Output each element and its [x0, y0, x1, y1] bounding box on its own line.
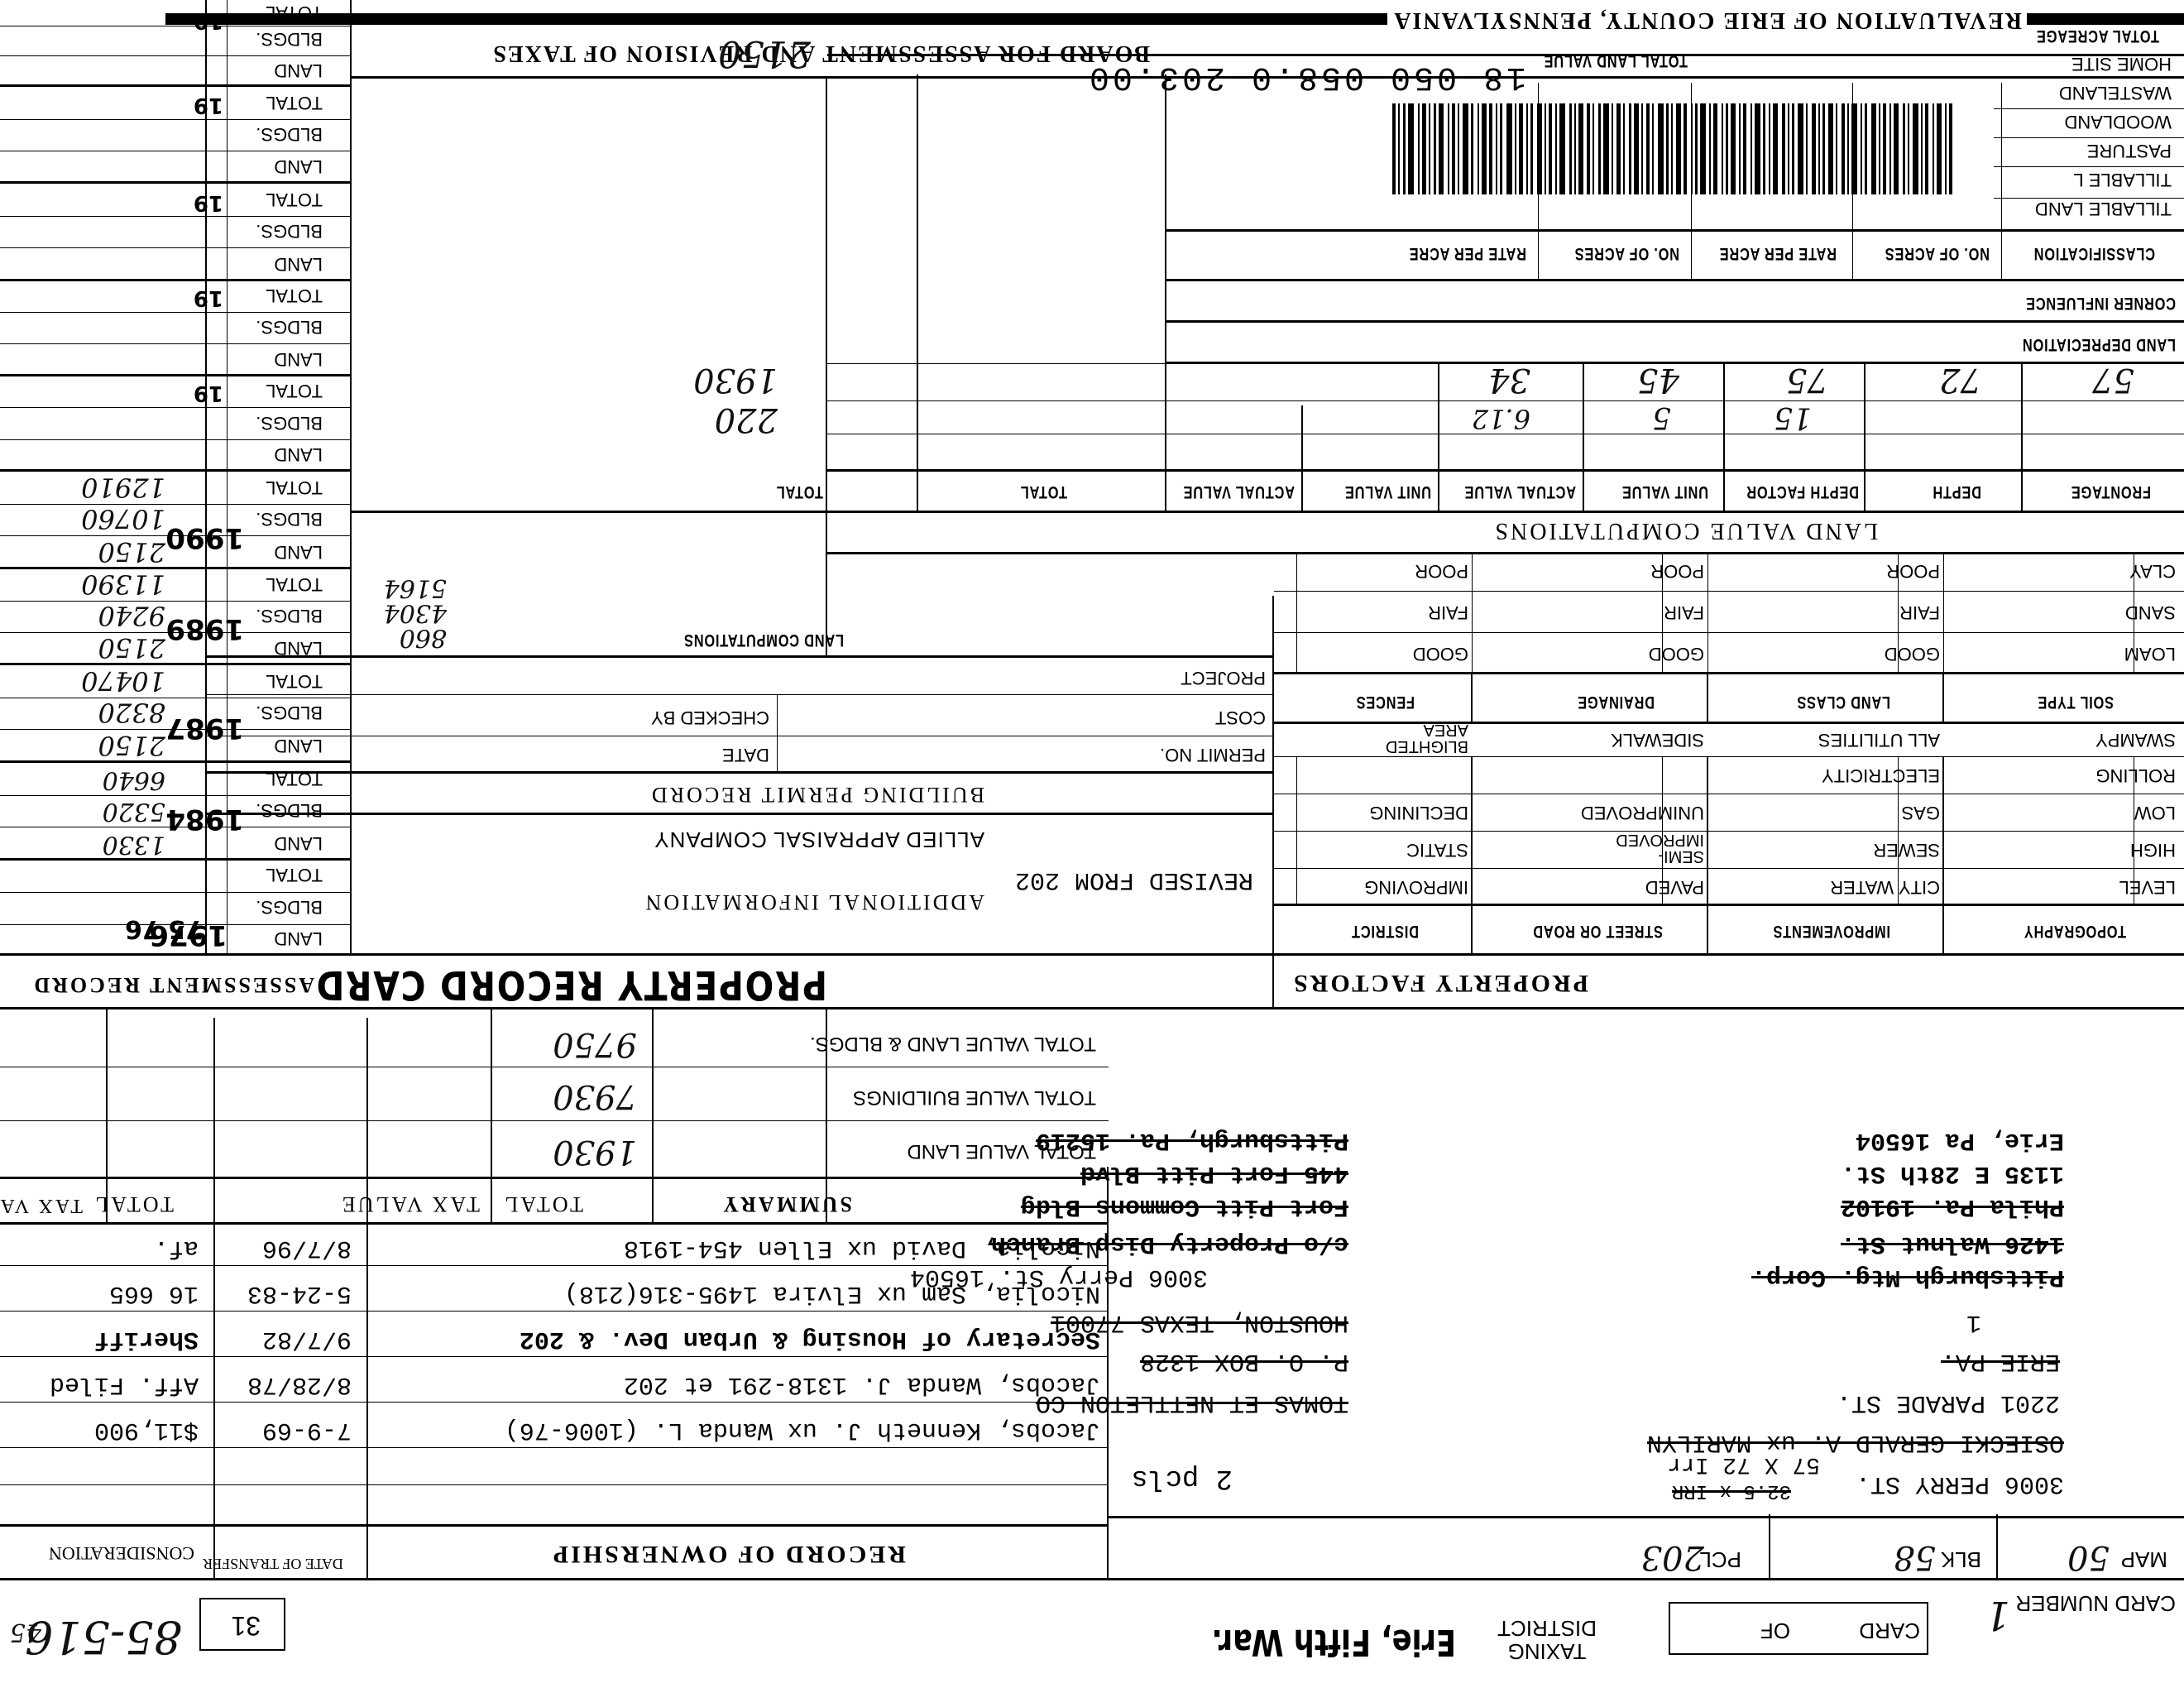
- land-computations-value: 860: [400, 625, 447, 650]
- assessment-record-title: ASSESSMENT RECORD: [31, 972, 314, 997]
- factor-static[interactable]: STATIC: [1406, 839, 1468, 861]
- lv-total: 1930: [693, 361, 778, 399]
- assess-label-land: LAND: [274, 253, 323, 275]
- land-computations-value: 4304: [384, 600, 447, 625]
- additional-info-text: REVISED FROM 202: [1015, 866, 1253, 894]
- assess-label-land: LAND: [274, 928, 323, 949]
- board-title: BOARD FOR ASSESSMENT AND REVISION OF TAX…: [491, 40, 1150, 66]
- ownership-title: RECORD OF OWNERSHIP: [551, 1540, 906, 1568]
- assess-label-bldgs: BLDGS.: [256, 123, 323, 145]
- factor-header: STREET OR ROAD: [1533, 921, 1663, 941]
- assess-label-bldgs: BLDGS.: [256, 220, 323, 242]
- location-line: Phila Pa. 19102: [1841, 1192, 2064, 1220]
- lv-header: UNIT VALUE: [1344, 482, 1431, 501]
- of-label: OF: [1760, 1618, 1790, 1643]
- transfer-date: 5-24-83: [247, 1279, 352, 1307]
- assess-label-total: TOTAL: [266, 380, 323, 401]
- acreage-col-header: NO. OF ACRES: [1574, 243, 1679, 263]
- factor-low[interactable]: LOW: [2134, 802, 2176, 823]
- factor-unimproved[interactable]: UNIMPROVED: [1581, 802, 1704, 823]
- assess-label-bldgs: BLDGS.: [256, 316, 323, 338]
- card-number-label: CARD NUMBER: [2015, 1592, 2176, 1615]
- blk-value: 58: [1894, 1538, 1936, 1576]
- assess-total: 11390: [81, 568, 165, 600]
- assess-year: 1990: [165, 521, 244, 554]
- assess-year: 1987: [165, 712, 244, 745]
- summary-tax-value-header-2: TAX VALUE: [0, 1194, 83, 1216]
- location-line: 1135 E 28th St.: [1841, 1159, 2064, 1187]
- parcel-id: 18-050-058.0-203.00: [1086, 58, 1526, 95]
- property-record-card: CARD NUMBER 1 CARD OF TAXING DISTRICT Er…: [0, 0, 2184, 1688]
- drainage-poor[interactable]: POOR: [1650, 560, 1704, 582]
- assess-label-bldgs: BLDGS.: [256, 412, 323, 434]
- lv-header: UNIT VALUE: [1621, 482, 1708, 501]
- assess-land: 2150: [98, 730, 165, 761]
- factor-rolling[interactable]: ROLLING: [2095, 765, 2176, 786]
- lv-frontage: 57: [2092, 361, 2134, 399]
- revaluation-title: REVALUATION OF ERIE COUNTY, PENNSYLVANIA: [1387, 7, 2027, 33]
- summary-total-header: TOTAL: [502, 1192, 583, 1216]
- factor-all-utilities[interactable]: ALL UTILITIES: [1818, 729, 1940, 750]
- factor-city-water[interactable]: CITY WATER: [1830, 876, 1940, 898]
- assess-label-total: TOTAL: [266, 768, 323, 789]
- location-line: 3006 PERRY ST.: [1856, 1470, 2064, 1498]
- assess-land: 2150: [98, 632, 165, 664]
- drainage-fair[interactable]: FAIR: [1664, 602, 1704, 623]
- assess-bldgs: 8320: [98, 697, 165, 728]
- acreage-col-header: RATE PER ACRE: [1719, 243, 1837, 263]
- location-line: Pittsburgh Mtg. Corp.: [1751, 1263, 2064, 1291]
- land-class-poor[interactable]: POOR: [1886, 560, 1940, 582]
- assess-label-land: LAND: [274, 444, 323, 465]
- factor-electricity[interactable]: ELECTRICITY: [1822, 765, 1940, 786]
- lv-header: TOTAL: [1020, 482, 1067, 501]
- consideration: Aff. Filed: [50, 1370, 199, 1398]
- factor-swampy[interactable]: SWAMPY: [2095, 729, 2176, 750]
- soil-sand[interactable]: SAND: [2125, 602, 2176, 623]
- factor-paved[interactable]: PAVED: [1645, 876, 1704, 898]
- transfer-date: 8/28/78: [247, 1370, 352, 1398]
- assess-label-total: TOTAL: [266, 285, 323, 306]
- assess-label-bldgs: BLDGS.: [256, 896, 323, 918]
- location-line: Erie, Pa 16504: [1856, 1126, 2064, 1154]
- summary-row-label: TOTAL VALUE LAND: [907, 1139, 1096, 1163]
- assess-label-land: LAND: [274, 60, 323, 81]
- appraisal-company: ALLIED APPRAISAL COMPANY: [654, 827, 984, 852]
- assess-label-land: LAND: [274, 541, 323, 563]
- corner-influence-label: CORNER INFLUENCE: [2025, 293, 2176, 313]
- factor-header: TOPOGRAPHY: [2024, 921, 2126, 941]
- acreage-row-pasture: PASTURE: [2087, 140, 2172, 161]
- land-value-title: LAND VALUE COMPUTATIONS: [1492, 517, 1878, 544]
- acreage-col-header: RATE PER ACRE: [1409, 243, 1526, 263]
- land-class-header: LAND CLASS: [1797, 692, 1890, 712]
- lv-header: ACTUAL VALUE: [1464, 482, 1576, 501]
- drainage-good[interactable]: GOOD: [1649, 643, 1704, 664]
- consideration: $11,900: [94, 1416, 199, 1444]
- lv-header: TOTAL: [776, 482, 823, 501]
- handwritten-ref2: 45: [10, 1618, 41, 1647]
- card-number-value: 1: [1985, 1592, 2010, 1638]
- assess-label-land: LAND: [274, 348, 323, 370]
- lv-depth: 72: [1939, 361, 1981, 399]
- project-label: PROJECT: [1181, 667, 1266, 688]
- fences-fair[interactable]: FAIR: [1428, 602, 1468, 623]
- blk-label: BLK: [1941, 1547, 1981, 1572]
- factor-high[interactable]: HIGH: [2130, 839, 2176, 861]
- location-line: Fort Pitt Commons Bldg: [1021, 1192, 1348, 1220]
- lv-actual-value: 6.12: [1472, 403, 1530, 434]
- factor-semi-improved[interactable]: SEMI-IMPROVED: [1605, 832, 1704, 865]
- owner-name: Jacobs, Wanda J. 1318-291 et 202: [624, 1370, 1100, 1398]
- factor-blighted-area[interactable]: BLIGHTED AREA: [1386, 722, 1468, 755]
- location-line: 1426 Walnut St.: [1841, 1230, 2064, 1258]
- factor-header: DISTRICT: [1351, 921, 1419, 941]
- property-factors-title: PROPERTY FACTORS: [1291, 969, 1588, 997]
- map-label: MAP: [2121, 1547, 2167, 1572]
- box-number: 31: [199, 1598, 285, 1651]
- assess-year: 19: [194, 93, 223, 117]
- soil-loam[interactable]: LOAM: [2124, 643, 2176, 664]
- assess-label-bldgs: BLDGS.: [256, 605, 323, 626]
- assess-year: 19: [194, 190, 223, 215]
- assess-label-land: LAND: [274, 156, 323, 177]
- acreage-row-tillable-land: TILLABLE LAND: [2035, 198, 2172, 219]
- factor-level[interactable]: LEVEL: [2119, 876, 2177, 898]
- assess-total: 6640: [103, 765, 165, 794]
- assess-label-total: TOTAL: [266, 477, 323, 498]
- land-class-good[interactable]: GOOD: [1885, 643, 1940, 664]
- fences-header: FENCES: [1356, 692, 1415, 712]
- assess-label-bldgs: BLDGS.: [256, 799, 323, 821]
- summary-tax-value-header: TAX VALUE: [340, 1192, 480, 1216]
- consideration: 16 665: [109, 1279, 199, 1307]
- summary-row-total: 9750: [553, 1025, 637, 1063]
- land-computations-value: 5164: [384, 575, 447, 600]
- checked-by-label: CHECKED BY: [651, 707, 769, 728]
- assess-bldgs: 10760: [81, 503, 165, 535]
- lv-unit-value: 45: [1637, 361, 1679, 399]
- location-line: P. O. BOX 1328: [1140, 1347, 1348, 1375]
- location-line: 2201 PARADE ST.: [1837, 1388, 2060, 1417]
- lv-header: FRONTAGE: [2071, 482, 2151, 501]
- assess-land: 2150: [98, 536, 165, 568]
- assess-year: 1984: [165, 803, 244, 836]
- cost-label: COST: [1215, 707, 1266, 728]
- pcl-value: 203: [1641, 1538, 1704, 1576]
- assess-label-bldgs: BLDGS.: [256, 702, 323, 723]
- factor-header: IMPROVEMENTS: [1773, 921, 1890, 941]
- fences-good[interactable]: GOOD: [1413, 643, 1468, 664]
- land-depreciation-label: LAND DEPRECIATION: [2022, 334, 2176, 354]
- acreage-col-header: NO. OF ACRES: [1885, 243, 1990, 263]
- factor-sidewalk[interactable]: SIDEWALK: [1611, 729, 1704, 750]
- assess-total: 12910: [81, 472, 165, 503]
- date-label: DATE: [722, 744, 769, 765]
- taxing-district-value: Erie, Fifth War.: [1211, 1621, 1456, 1663]
- location-line: 445 Fort Pitt Blvd: [1080, 1159, 1348, 1187]
- transfer-date: 7-9-69: [262, 1416, 352, 1444]
- assess-bldgs: 5320: [103, 797, 165, 826]
- permit-no-label: PERMIT NO.: [1160, 744, 1266, 765]
- assess-label-land: LAND: [274, 637, 323, 659]
- assess-label-total: TOTAL: [266, 573, 323, 595]
- lv-unit-value: 5: [1652, 400, 1671, 434]
- assess-label-bldgs: BLDGS.: [256, 28, 323, 50]
- assess-label-bldgs: BLDGS.: [256, 508, 323, 530]
- taxing-district-label: TAXING DISTRICT: [1489, 1617, 1605, 1663]
- handwritten-ref: 85-516: [25, 1611, 182, 1663]
- lv-total: 220: [715, 400, 778, 439]
- date-of-transfer-header: DATE OF TRANSFER: [203, 1555, 343, 1572]
- lv-depth-factor: 15: [1774, 400, 1812, 434]
- classification-header: CLASSIFICATION: [2033, 243, 2155, 263]
- assess-land: 1330: [103, 830, 165, 859]
- summary-row-total: 1930: [553, 1133, 637, 1171]
- location-line: 1: [1966, 1308, 1981, 1336]
- summary-row-total: 7930: [553, 1077, 637, 1115]
- land-class-fair[interactable]: FAIR: [1899, 602, 1940, 623]
- box-number-value: 31: [231, 1610, 261, 1641]
- factor-sewer[interactable]: SEWER: [1873, 839, 1940, 861]
- card-label: CARD: [1859, 1618, 1920, 1643]
- assess-year: 19: [194, 381, 223, 405]
- assess-label-total: TOTAL: [266, 670, 323, 692]
- lv-header: DEPTH FACTOR: [1746, 482, 1859, 501]
- assess-label-total: TOTAL: [266, 189, 323, 210]
- assess-total: 10470: [81, 665, 165, 697]
- land-computations-title: LAND COMPUTATIONS: [683, 630, 844, 650]
- consideration: af.: [154, 1234, 199, 1262]
- assess-year: 19: [194, 285, 223, 310]
- lv-header: DEPTH: [1933, 482, 1981, 501]
- summary-row-label: TOTAL VALUE LAND & BLDGS.: [810, 1032, 1096, 1055]
- consideration: Sheriff: [94, 1325, 199, 1353]
- acreage-row-tillable-l: TILLABLE L: [2073, 169, 2172, 190]
- owner-name: Jacobs, Kenneth J. ux Wanda L. (1006-76): [505, 1416, 1100, 1444]
- dimensions-struck: 32.5 x IRR: [1672, 1479, 1791, 1502]
- lv-header: ACTUAL VALUE: [1183, 482, 1295, 501]
- location-line: ERIE PA.: [1941, 1347, 2060, 1375]
- assess-year: 1989: [165, 612, 244, 645]
- summary-title: SUMMARY: [721, 1192, 852, 1216]
- consideration-header: CONSIDERATION: [49, 1542, 194, 1564]
- assess-note: 75 76: [125, 914, 203, 943]
- drainage-header: DRAINAGE: [1577, 692, 1655, 712]
- additional-info-title: ADDITIONAL INFORMATION: [644, 890, 984, 914]
- owner-name: Nicolia, David ux Ellen 454-1918: [624, 1234, 1100, 1262]
- transfer-date: 8/7/96: [262, 1234, 352, 1262]
- factor-gas[interactable]: GAS: [1902, 802, 1940, 823]
- summary-total-header-2: TOTAL: [93, 1192, 174, 1216]
- acreage-row-wasteland: WASTELAND: [2059, 82, 2172, 103]
- assess-label-land: LAND: [274, 735, 323, 756]
- barcode: [1295, 103, 1952, 194]
- factor-declining[interactable]: DECLINING: [1369, 802, 1468, 823]
- lv-depth-factor: 75: [1786, 361, 1828, 399]
- map-value: 50: [2067, 1538, 2110, 1576]
- lv-actual-value: 34: [1488, 361, 1530, 399]
- owner-name: Nicolia, Sam ux Elvira 1495-316(218): [564, 1279, 1100, 1307]
- assess-bldgs: 9240: [98, 600, 165, 631]
- property-record-card-title: PROPERTY RECORD CARD: [315, 961, 827, 1008]
- acreage-row-total: TOTAL ACREAGE: [2036, 26, 2159, 46]
- transfer-date: 9/7/82: [262, 1325, 352, 1353]
- location-line: OSIECKI GERALD A. ux MARILYN: [1647, 1428, 2064, 1456]
- total-land-value: 2150: [718, 32, 811, 74]
- assess-label-total: TOTAL: [266, 864, 323, 885]
- card-of-box: CARD OF: [1669, 1602, 1928, 1655]
- building-permit-title: BUILDING PERMIT RECORD: [649, 782, 984, 807]
- assess-label-total: TOTAL: [266, 92, 323, 113]
- soil-type-header: SOIL TYPE: [2038, 692, 2114, 712]
- soil-clay[interactable]: CLAY: [2129, 560, 2176, 582]
- pcl-label: PCL: [1699, 1547, 1741, 1572]
- owner-name: Secretary of Housing & Urban Dev. & 202: [520, 1325, 1100, 1353]
- parcels-note: 2 pcls: [1132, 1462, 1233, 1494]
- fences-poor[interactable]: POOR: [1415, 560, 1468, 582]
- factor-improving[interactable]: IMPROVING: [1364, 876, 1468, 898]
- acreage-row-woodland: WOODLAND: [2064, 111, 2172, 132]
- summary-row-label: TOTAL VALUE BUILDINGS: [853, 1086, 1096, 1109]
- assess-label-land: LAND: [274, 832, 323, 854]
